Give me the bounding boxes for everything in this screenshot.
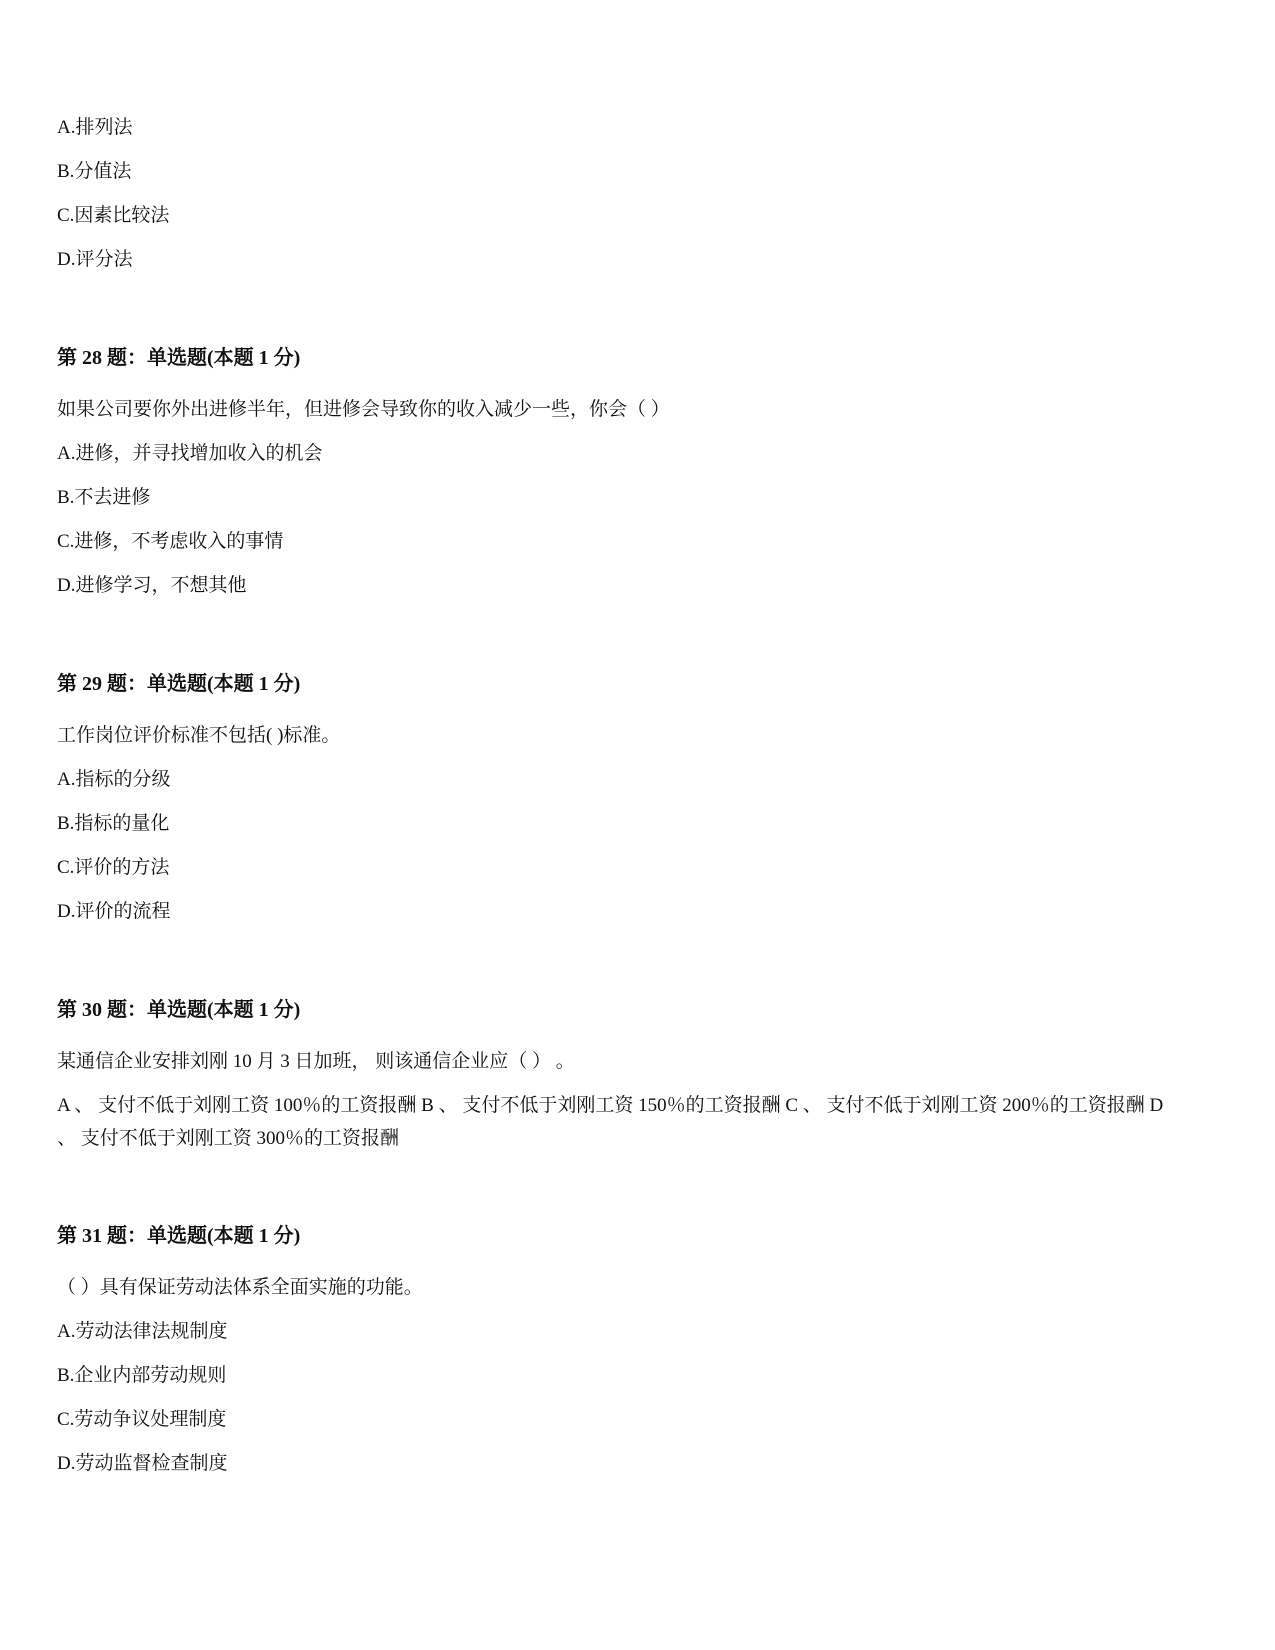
question-28-option-c: C.进修，不考虑收入的事情 <box>57 525 1165 559</box>
question-29-stem: 工作岗位评价标准不包括( )标准。 <box>57 719 1165 753</box>
question-31-option-b: B.企业内部劳动规则 <box>57 1359 1165 1393</box>
carryover-option-a: A.排列法 <box>57 111 1165 145</box>
question-29-option-d: D.评价的流程 <box>57 895 1165 929</box>
question-31-header: 第 31 题：单选题(本题 1 分) <box>57 1219 1165 1253</box>
question-28-stem: 如果公司要你外出进修半年，但进修会导致你的收入减少一些，你会（ ） <box>57 393 1165 427</box>
question-29-option-b: B.指标的量化 <box>57 807 1165 841</box>
carryover-question-options: A.排列法 B.分值法 C.因素比较法 D.评分法 <box>57 111 1165 277</box>
question-29: 第 29 题：单选题(本题 1 分) 工作岗位评价标准不包括( )标准。 A.指… <box>57 667 1165 929</box>
question-28-option-b: B.不去进修 <box>57 481 1165 515</box>
question-30-header: 第 30 题：单选题(本题 1 分) <box>57 993 1165 1027</box>
carryover-option-c: C.因素比较法 <box>57 199 1165 233</box>
question-30-options-inline: A 、 支付不低于刘刚工资 100％的工资报酬 B 、 支付不低于刘刚工资 15… <box>57 1089 1165 1155</box>
exam-document-page: A.排列法 B.分值法 C.因素比较法 D.评分法 第 28 题：单选题(本题 … <box>0 0 1275 1650</box>
question-31-option-c: C.劳动争议处理制度 <box>57 1403 1165 1437</box>
question-31-option-a: A.劳动法律法规制度 <box>57 1315 1165 1349</box>
question-28-option-a: A.进修，并寻找增加收入的机会 <box>57 437 1165 471</box>
question-29-header: 第 29 题：单选题(本题 1 分) <box>57 667 1165 701</box>
carryover-option-d: D.评分法 <box>57 243 1165 277</box>
question-30-stem: 某通信企业安排刘刚 10 月 3 日加班， 则该通信企业应（ ） 。 <box>57 1045 1165 1079</box>
question-28-option-d: D.进修学习，不想其他 <box>57 569 1165 603</box>
carryover-option-b: B.分值法 <box>57 155 1165 189</box>
question-29-option-c: C.评价的方法 <box>57 851 1165 885</box>
question-29-option-a: A.指标的分级 <box>57 763 1165 797</box>
question-28: 第 28 题：单选题(本题 1 分) 如果公司要你外出进修半年，但进修会导致你的… <box>57 341 1165 603</box>
question-31: 第 31 题：单选题(本题 1 分) （ ）具有保证劳动法体系全面实施的功能。 … <box>57 1219 1165 1481</box>
question-31-stem: （ ）具有保证劳动法体系全面实施的功能。 <box>57 1271 1165 1305</box>
question-28-header: 第 28 题：单选题(本题 1 分) <box>57 341 1165 375</box>
question-30: 第 30 题：单选题(本题 1 分) 某通信企业安排刘刚 10 月 3 日加班，… <box>57 993 1165 1155</box>
question-31-option-d: D.劳动监督检查制度 <box>57 1447 1165 1481</box>
